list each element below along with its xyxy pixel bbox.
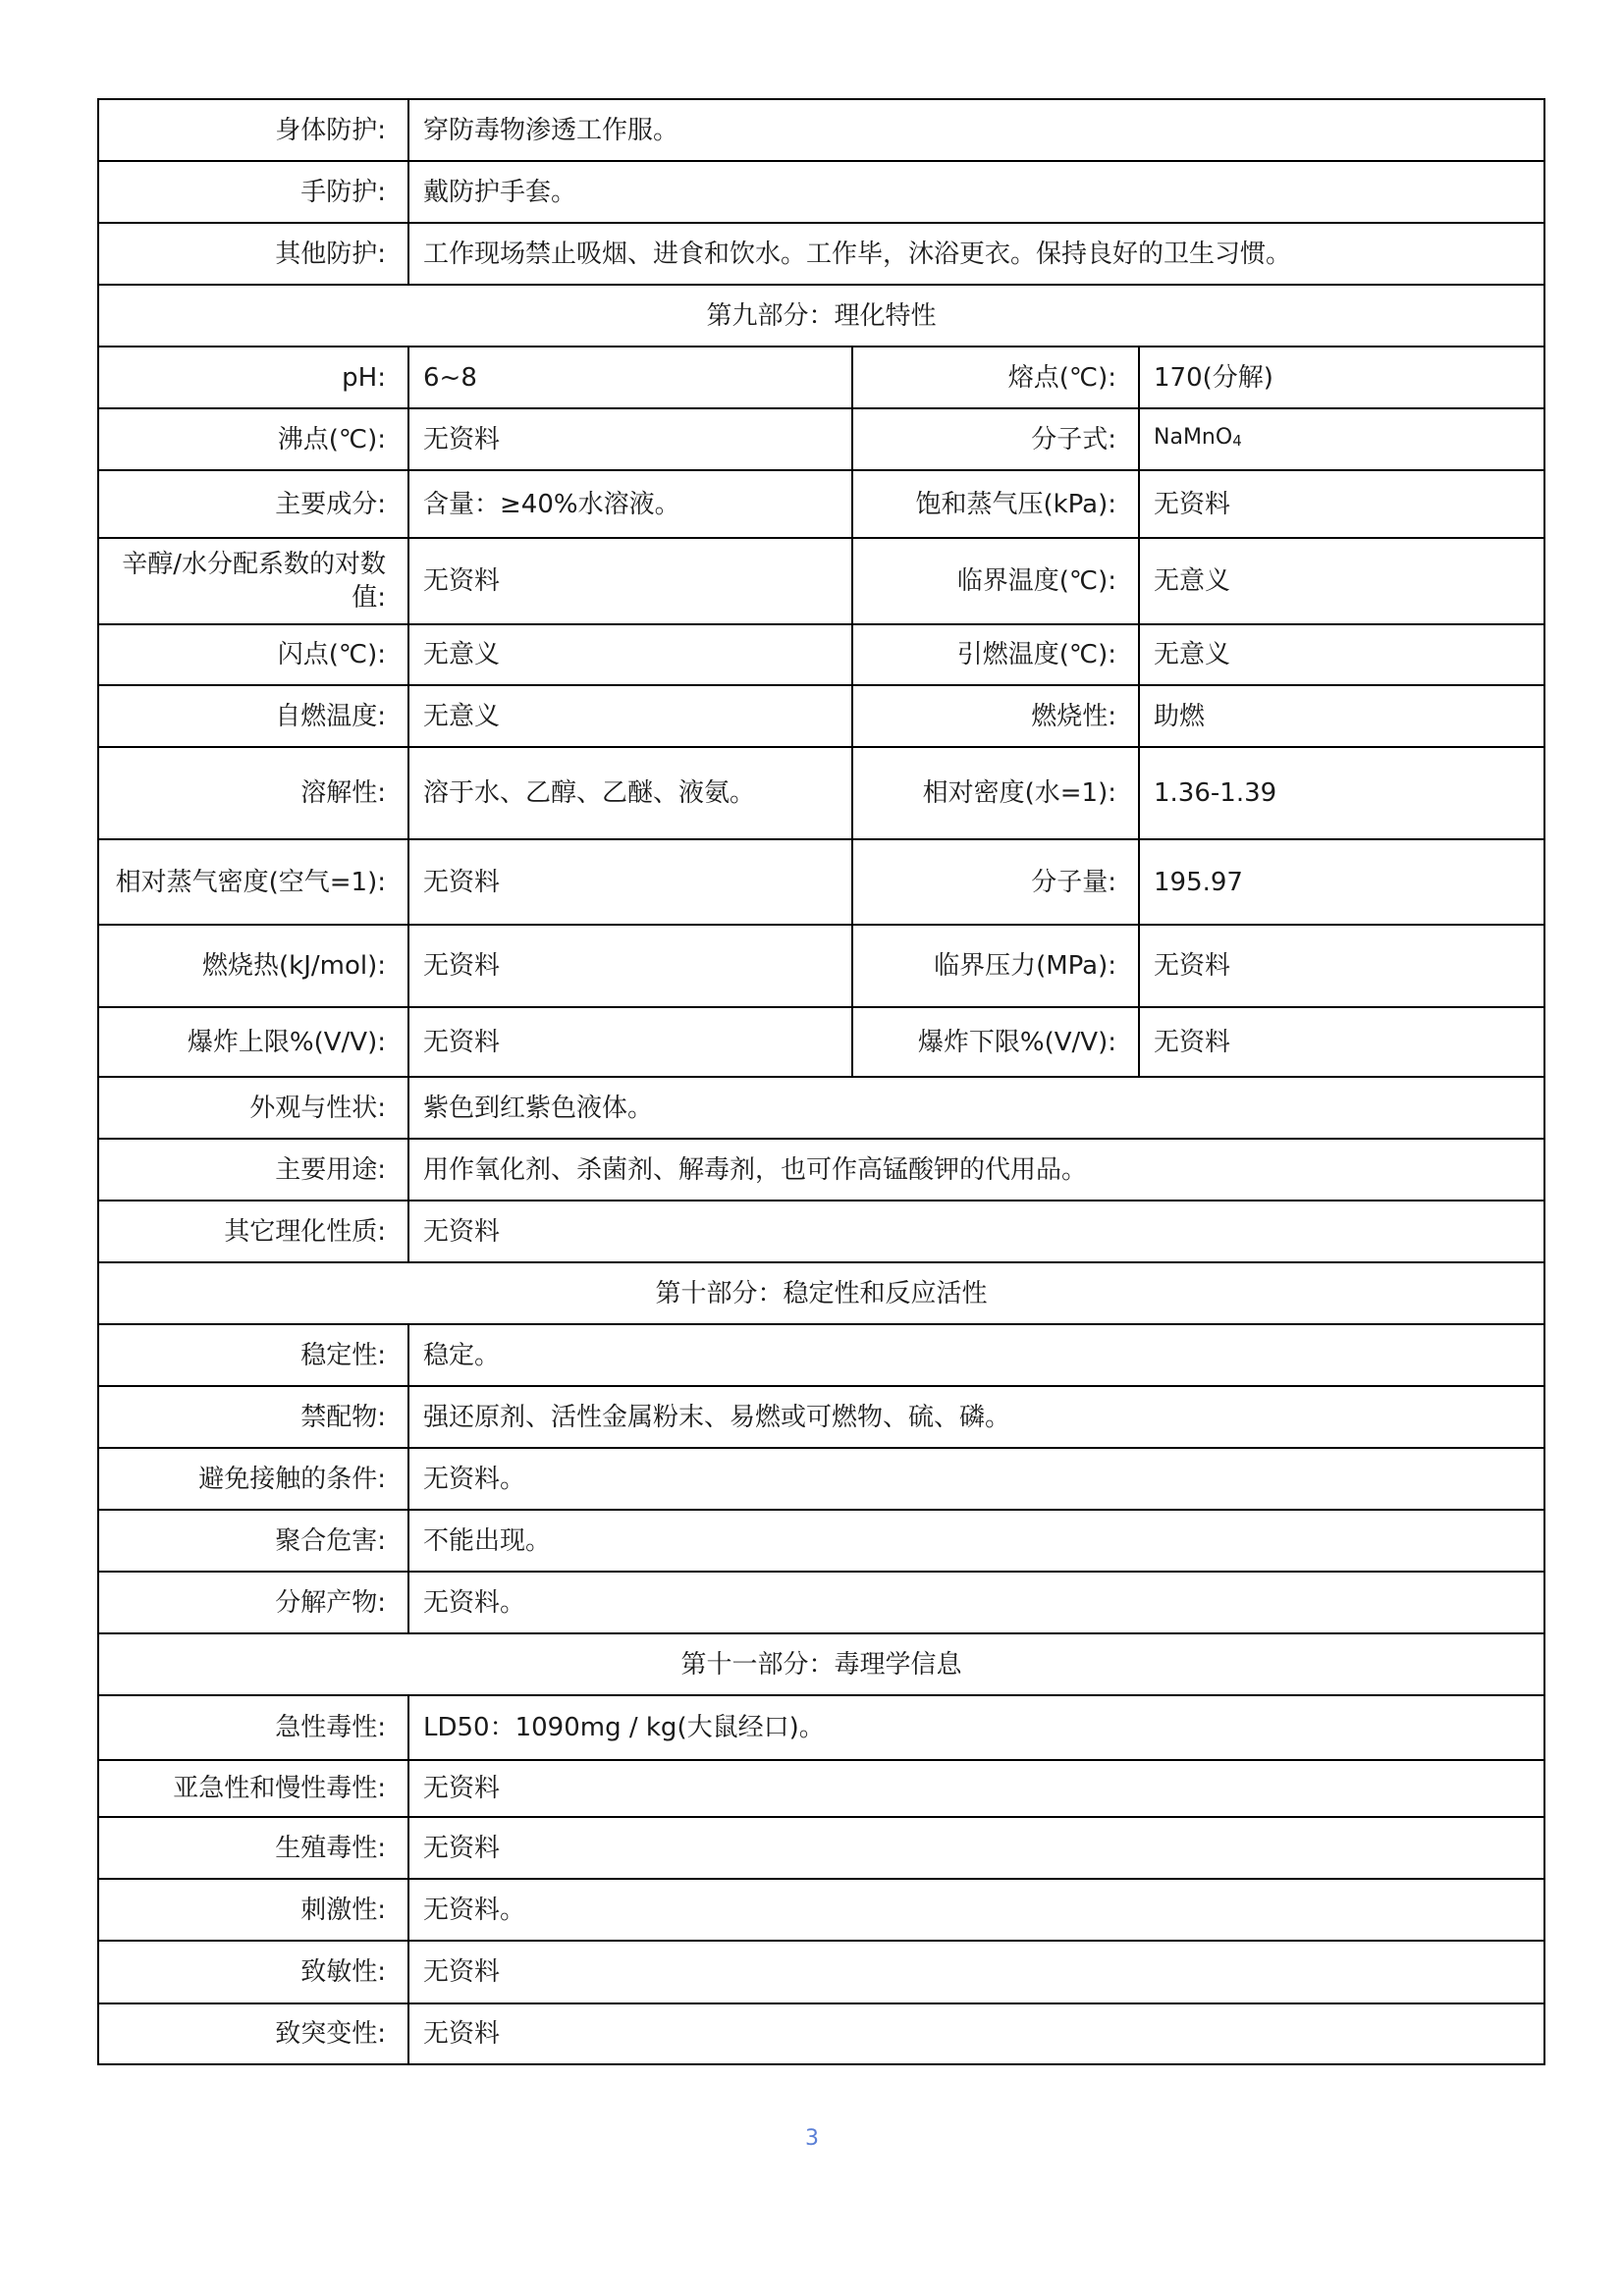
value-lower-explosion-limit: 无资料 xyxy=(1139,1007,1544,1077)
value-ignition-temperature: 无意义 xyxy=(1139,624,1544,685)
label-body-protection: 身体防护: xyxy=(98,99,408,161)
value-main-use: 用作氧化剂、杀菌剂、解毒剂，也可作高锰酸钾的代用品。 xyxy=(408,1139,1544,1201)
value-reproductive-toxicity: 无资料 xyxy=(408,1817,1544,1879)
row-appearance: 外观与性状: 紫色到红紫色液体。 xyxy=(98,1077,1544,1139)
row-main-use: 主要用途: 用作氧化剂、杀菌剂、解毒剂，也可作高锰酸钾的代用品。 xyxy=(98,1139,1544,1201)
label-autoignition-temperature: 自燃温度: xyxy=(98,685,408,747)
label-ph: pH: xyxy=(98,347,408,408)
value-upper-explosion-limit: 无资料 xyxy=(408,1007,852,1077)
row-acute-toxicity: 急性毒性: LD50：1090mg / kg(大鼠经口)。 xyxy=(98,1695,1544,1760)
value-incompatible-materials: 强还原剂、活性金属粉末、易燃或可燃物、硫、磷。 xyxy=(408,1386,1544,1448)
label-vapor-density: 相对蒸气密度(空气=1): xyxy=(98,839,408,925)
label-chronic-toxicity: 亚急性和慢性毒性: xyxy=(98,1760,408,1817)
label-sensitization: 致敏性: xyxy=(98,1941,408,2003)
row-irritation: 刺激性: 无资料。 xyxy=(98,1879,1544,1941)
value-irritation: 无资料。 xyxy=(408,1879,1544,1941)
section-header-10: 第十部分：稳定性和反应活性 xyxy=(98,1262,1544,1324)
label-polymerization-hazard: 聚合危害: xyxy=(98,1510,408,1572)
section-header-11: 第十一部分：毒理学信息 xyxy=(98,1633,1544,1695)
value-other-protection: 工作现场禁止吸烟、进食和饮水。工作毕，沐浴更衣。保持良好的卫生习惯。 xyxy=(408,223,1544,285)
value-other-properties: 无资料 xyxy=(408,1201,1544,1262)
value-appearance: 紫色到红紫色液体。 xyxy=(408,1077,1544,1139)
value-relative-density: 1.36-1.39 xyxy=(1139,747,1544,839)
msds-table: 身体防护: 穿防毒物渗透工作服。 手防护: 戴防护手套。 其他防护: 工作现场禁… xyxy=(97,98,1545,2065)
value-stability: 稳定。 xyxy=(408,1324,1544,1386)
value-decomposition-products: 无资料。 xyxy=(408,1572,1544,1633)
label-stability: 稳定性: xyxy=(98,1324,408,1386)
value-sensitization: 无资料 xyxy=(408,1941,1544,2003)
value-autoignition-temperature: 无意义 xyxy=(408,685,852,747)
value-flammability: 助燃 xyxy=(1139,685,1544,747)
value-vapor-pressure: 无资料 xyxy=(1139,470,1544,538)
row-reproductive-toxicity: 生殖毒性: 无资料 xyxy=(98,1817,1544,1879)
row-sensitization: 致敏性: 无资料 xyxy=(98,1941,1544,2003)
section-title-toxicology: 第十一部分：毒理学信息 xyxy=(98,1633,1544,1695)
label-flammability: 燃烧性: xyxy=(852,685,1139,747)
row-partition-critical-temp: 辛醇/水分配系数的对数值: 无资料 临界温度(℃): 无意义 xyxy=(98,538,1544,624)
label-melting-point: 熔点(℃): xyxy=(852,347,1139,408)
row-conditions-to-avoid: 避免接触的条件: 无资料。 xyxy=(98,1448,1544,1510)
row-chronic-toxicity: 亚急性和慢性毒性: 无资料 xyxy=(98,1760,1544,1817)
label-vapor-pressure: 饱和蒸气压(kPa): xyxy=(852,470,1139,538)
formula-subscript: 4 xyxy=(1232,432,1242,450)
label-other-protection: 其他防护: xyxy=(98,223,408,285)
label-lower-explosion-limit: 爆炸下限%(V/V): xyxy=(852,1007,1139,1077)
row-flash-ignition: 闪点(℃): 无意义 引燃温度(℃): 无意义 xyxy=(98,624,1544,685)
value-chronic-toxicity: 无资料 xyxy=(408,1760,1544,1817)
label-relative-density: 相对密度(水=1): xyxy=(852,747,1139,839)
label-other-properties: 其它理化性质: xyxy=(98,1201,408,1262)
value-molecular-weight: 195.97 xyxy=(1139,839,1544,925)
label-ignition-temperature: 引燃温度(℃): xyxy=(852,624,1139,685)
label-conditions-to-avoid: 避免接触的条件: xyxy=(98,1448,408,1510)
value-mutagenicity: 无资料 xyxy=(408,2003,1544,2064)
value-main-component: 含量：≥40%水溶液。 xyxy=(408,470,852,538)
value-solubility: 溶于水、乙醇、乙醚、液氨。 xyxy=(408,747,852,839)
row-boiling-formula: 沸点(℃): 无资料 分子式: NaMnO4 xyxy=(98,408,1544,470)
row-other-protection: 其他防护: 工作现场禁止吸烟、进食和饮水。工作毕，沐浴更衣。保持良好的卫生习惯。 xyxy=(98,223,1544,285)
label-irritation: 刺激性: xyxy=(98,1879,408,1941)
label-critical-temperature: 临界温度(℃): xyxy=(852,538,1139,624)
label-molecular-weight: 分子量: xyxy=(852,839,1139,925)
label-appearance: 外观与性状: xyxy=(98,1077,408,1139)
label-critical-pressure: 临界压力(MPa): xyxy=(852,925,1139,1007)
value-ph: 6~8 xyxy=(408,347,852,408)
value-critical-pressure: 无资料 xyxy=(1139,925,1544,1007)
label-incompatible-materials: 禁配物: xyxy=(98,1386,408,1448)
page-number: 3 xyxy=(0,2126,1624,2151)
label-acute-toxicity: 急性毒性: xyxy=(98,1695,408,1760)
label-reproductive-toxicity: 生殖毒性: xyxy=(98,1817,408,1879)
label-main-use: 主要用途: xyxy=(98,1139,408,1201)
value-acute-toxicity: LD50：1090mg / kg(大鼠经口)。 xyxy=(408,1695,1544,1760)
row-hand-protection: 手防护: 戴防护手套。 xyxy=(98,161,1544,223)
row-other-properties: 其它理化性质: 无资料 xyxy=(98,1201,1544,1262)
value-body-protection: 穿防毒物渗透工作服。 xyxy=(408,99,1544,161)
row-mutagenicity: 致突变性: 无资料 xyxy=(98,2003,1544,2064)
label-boiling-point: 沸点(℃): xyxy=(98,408,408,470)
row-combustion-heat-critical-pressure: 燃烧热(kJ/mol): 无资料 临界压力(MPa): 无资料 xyxy=(98,925,1544,1007)
section-title-physical-chemical: 第九部分：理化特性 xyxy=(98,285,1544,347)
section-title-stability: 第十部分：稳定性和反应活性 xyxy=(98,1262,1544,1324)
label-flash-point: 闪点(℃): xyxy=(98,624,408,685)
row-body-protection: 身体防护: 穿防毒物渗透工作服。 xyxy=(98,99,1544,161)
row-solubility-density: 溶解性: 溶于水、乙醇、乙醚、液氨。 相对密度(水=1): 1.36-1.39 xyxy=(98,747,1544,839)
formula-base: NaMnO xyxy=(1154,425,1232,450)
row-explosion-limits: 爆炸上限%(V/V): 无资料 爆炸下限%(V/V): 无资料 xyxy=(98,1007,1544,1077)
label-upper-explosion-limit: 爆炸上限%(V/V): xyxy=(98,1007,408,1077)
row-decomposition-products: 分解产物: 无资料。 xyxy=(98,1572,1544,1633)
label-heat-of-combustion: 燃烧热(kJ/mol): xyxy=(98,925,408,1007)
value-flash-point: 无意义 xyxy=(408,624,852,685)
label-hand-protection: 手防护: xyxy=(98,161,408,223)
label-solubility: 溶解性: xyxy=(98,747,408,839)
row-incompatible-materials: 禁配物: 强还原剂、活性金属粉末、易燃或可燃物、硫、磷。 xyxy=(98,1386,1544,1448)
value-molecular-formula: NaMnO4 xyxy=(1139,408,1544,470)
value-boiling-point: 无资料 xyxy=(408,408,852,470)
row-polymerization-hazard: 聚合危害: 不能出现。 xyxy=(98,1510,1544,1572)
label-molecular-formula: 分子式: xyxy=(852,408,1139,470)
value-polymerization-hazard: 不能出现。 xyxy=(408,1510,1544,1572)
row-autoignition-flammability: 自燃温度: 无意义 燃烧性: 助燃 xyxy=(98,685,1544,747)
label-partition-coefficient: 辛醇/水分配系数的对数值: xyxy=(98,538,408,624)
value-heat-of-combustion: 无资料 xyxy=(408,925,852,1007)
row-stability: 稳定性: 稳定。 xyxy=(98,1324,1544,1386)
section-header-9: 第九部分：理化特性 xyxy=(98,285,1544,347)
value-melting-point: 170(分解) xyxy=(1139,347,1544,408)
value-conditions-to-avoid: 无资料。 xyxy=(408,1448,1544,1510)
row-ph-melting: pH: 6~8 熔点(℃): 170(分解) xyxy=(98,347,1544,408)
value-hand-protection: 戴防护手套。 xyxy=(408,161,1544,223)
label-main-component: 主要成分: xyxy=(98,470,408,538)
value-partition-coefficient: 无资料 xyxy=(408,538,852,624)
label-decomposition-products: 分解产物: xyxy=(98,1572,408,1633)
value-vapor-density: 无资料 xyxy=(408,839,852,925)
value-critical-temperature: 无意义 xyxy=(1139,538,1544,624)
row-vapor-density-molecular-weight: 相对蒸气密度(空气=1): 无资料 分子量: 195.97 xyxy=(98,839,1544,925)
label-mutagenicity: 致突变性: xyxy=(98,2003,408,2064)
row-component-vapor-pressure: 主要成分: 含量：≥40%水溶液。 饱和蒸气压(kPa): 无资料 xyxy=(98,470,1544,538)
